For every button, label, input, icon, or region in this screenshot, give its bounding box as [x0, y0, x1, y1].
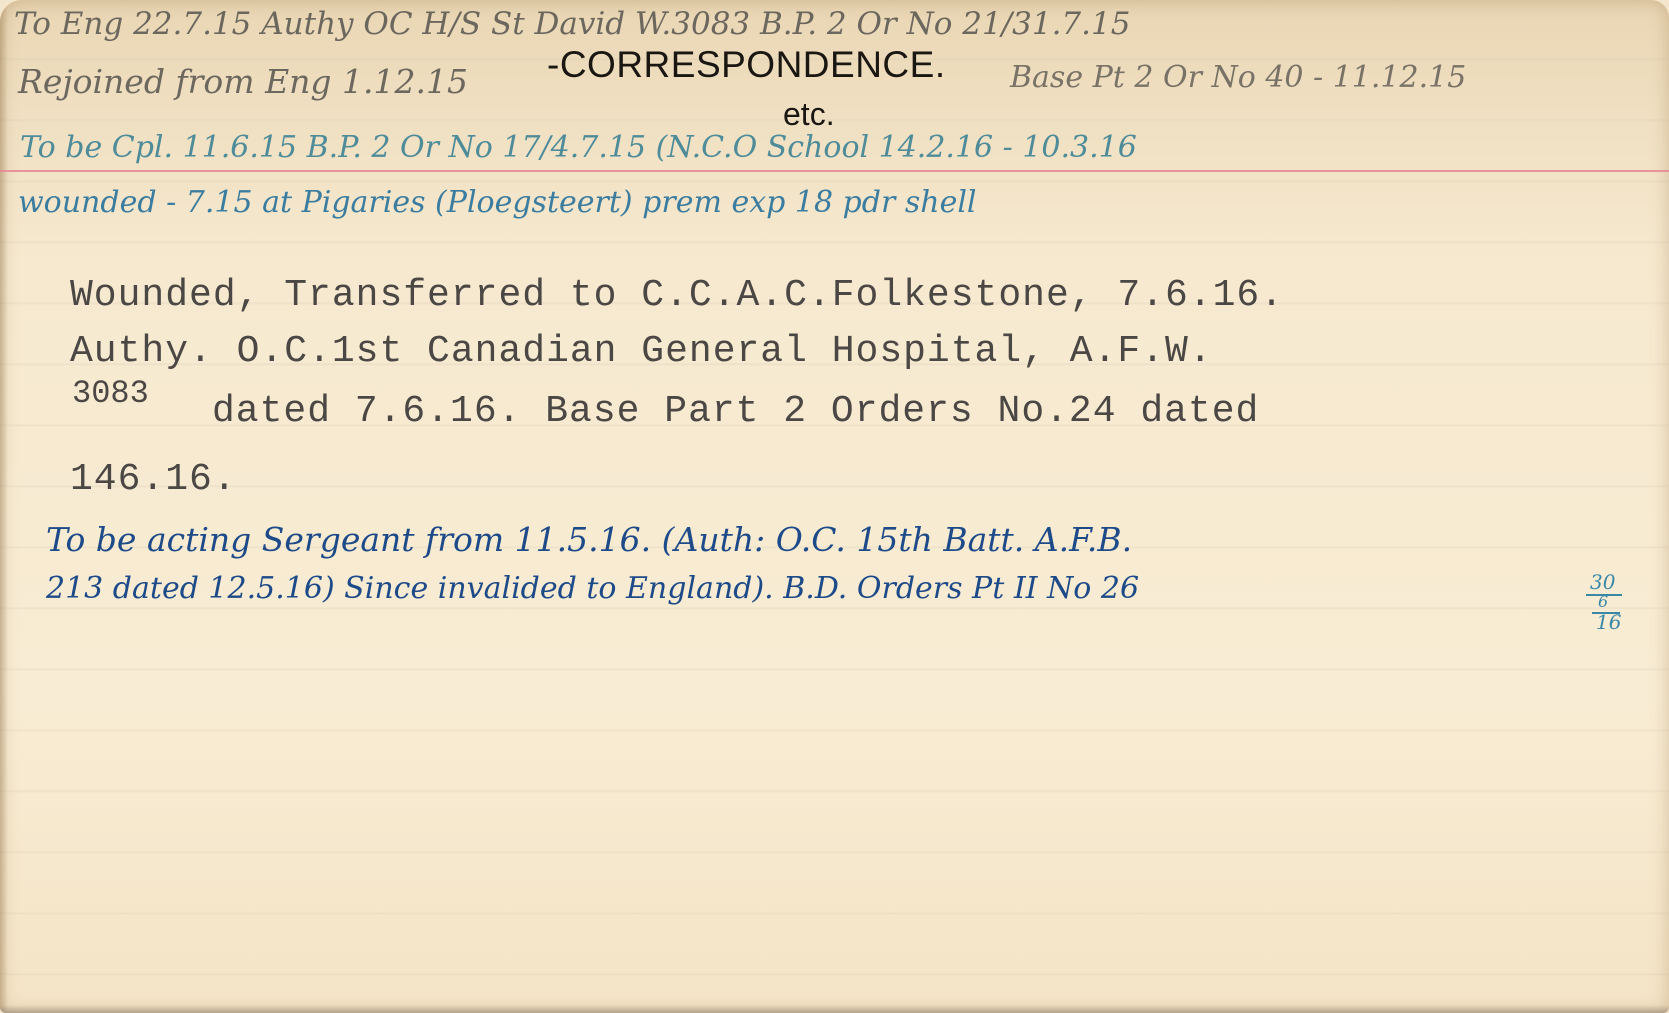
card-edge [0, 0, 8, 1013]
fraction-year: 16 [1596, 610, 1621, 634]
pencil-note-line-1: To Eng 22.7.15 Authy OC H/S St David W.3… [14, 6, 1130, 42]
card-subtitle: etc. [783, 96, 835, 133]
correspondence-card: To Eng 22.7.15 Authy OC H/S St David W.3… [0, 0, 1669, 1013]
typed-line-1: Wounded, Transferred to C.C.A.C.Folkesto… [70, 274, 1284, 317]
green-note-line-1: To be Cpl. 11.6.15 B.P. 2 Or No 17/4.7.1… [20, 130, 1137, 165]
card-title: -CORRESPONDENCE. [547, 44, 946, 86]
red-rule-line [0, 170, 1669, 172]
typed-line-3: dated 7.6.16. Base Part 2 Orders No.24 d… [212, 390, 1259, 433]
fraction-day: 30 [1590, 570, 1615, 594]
typed-line-2: Authy. O.C.1st Canadian General Hospital… [70, 330, 1213, 373]
typed-line-3-prefix: 3083 [72, 375, 149, 412]
fraction-month: 6 [1598, 592, 1608, 611]
typed-line-4: 146.16. [70, 458, 237, 501]
blue-note-line-2: 213 dated 12.5.16) Since invalided to En… [46, 571, 1139, 606]
blue-note-line-1: To be acting Sergeant from 11.5.16. (Aut… [46, 520, 1132, 559]
pencil-note-line-2b: Base Pt 2 Or No 40 - 11.12.15 [1010, 60, 1466, 95]
pencil-note-line-2: Rejoined from Eng 1.12.15 [18, 62, 468, 101]
card-bottom-edge [0, 1005, 1669, 1013]
green-note-line-2: wounded - 7.15 at Pigaries (Ploegsteert)… [18, 185, 977, 220]
